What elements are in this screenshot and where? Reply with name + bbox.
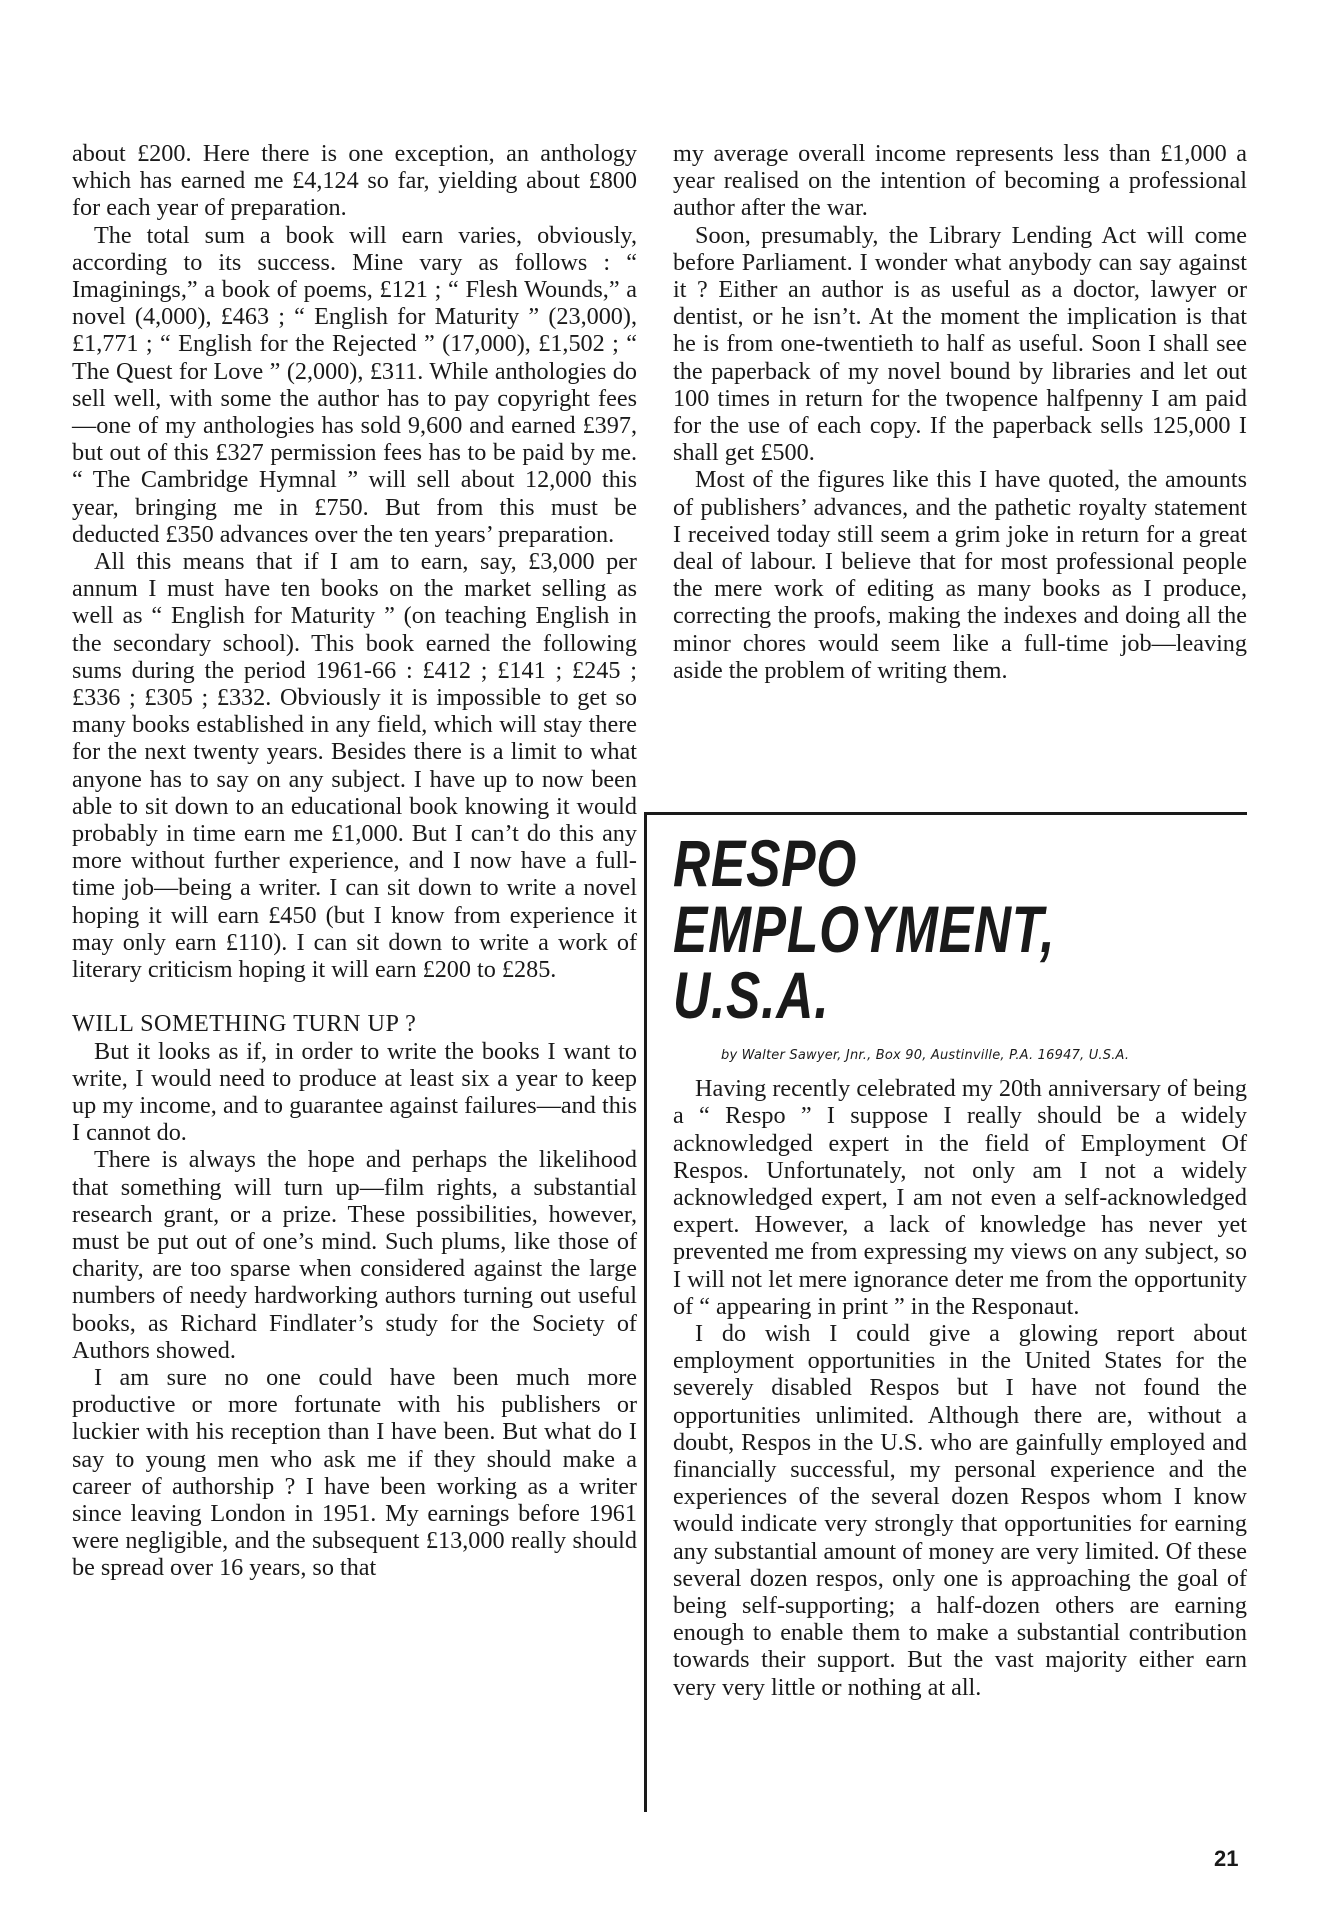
article-box: RESPO EMPLOYMENT, U.S.A. by Walter Sawye… <box>673 830 1247 1701</box>
page-number: 21 <box>1214 1846 1238 1872</box>
left-column: about £200. Here there is one exception,… <box>72 140 637 1582</box>
paragraph: All this means that if I am to earn, say… <box>72 548 637 983</box>
paragraph: Most of the figures like this I have quo… <box>673 466 1247 684</box>
article-title-line: EMPLOYMENT, <box>673 896 1121 962</box>
paragraph: The total sum a book will earn varies, o… <box>72 222 637 548</box>
paragraph: I do wish I could give a glowing report … <box>673 1320 1247 1701</box>
right-column: my average overall income represents les… <box>673 140 1247 684</box>
paragraph: Having recently celebrated my 20th anniv… <box>673 1075 1247 1320</box>
article-title-line: RESPO <box>673 830 1121 896</box>
box-left-rule <box>644 812 647 1812</box>
paragraph: my average overall income represents les… <box>673 140 1247 222</box>
article-byline: by Walter Sawyer, Jnr., Box 90, Austinvi… <box>721 1042 1247 1069</box>
section-heading: WILL SOMETHING TURN UP ? <box>72 1010 637 1037</box>
paragraph: There is always the hope and perhaps the… <box>72 1146 637 1364</box>
paragraph: But it looks as if, in order to write th… <box>72 1038 637 1147</box>
paragraph: about £200. Here there is one exception,… <box>72 140 637 222</box>
paragraph: Soon, presumably, the Library Lending Ac… <box>673 222 1247 467</box>
box-top-rule <box>645 812 1247 815</box>
paragraph: I am sure no one could have been much mo… <box>72 1364 637 1582</box>
article-title-line: U.S.A. <box>673 962 1121 1028</box>
